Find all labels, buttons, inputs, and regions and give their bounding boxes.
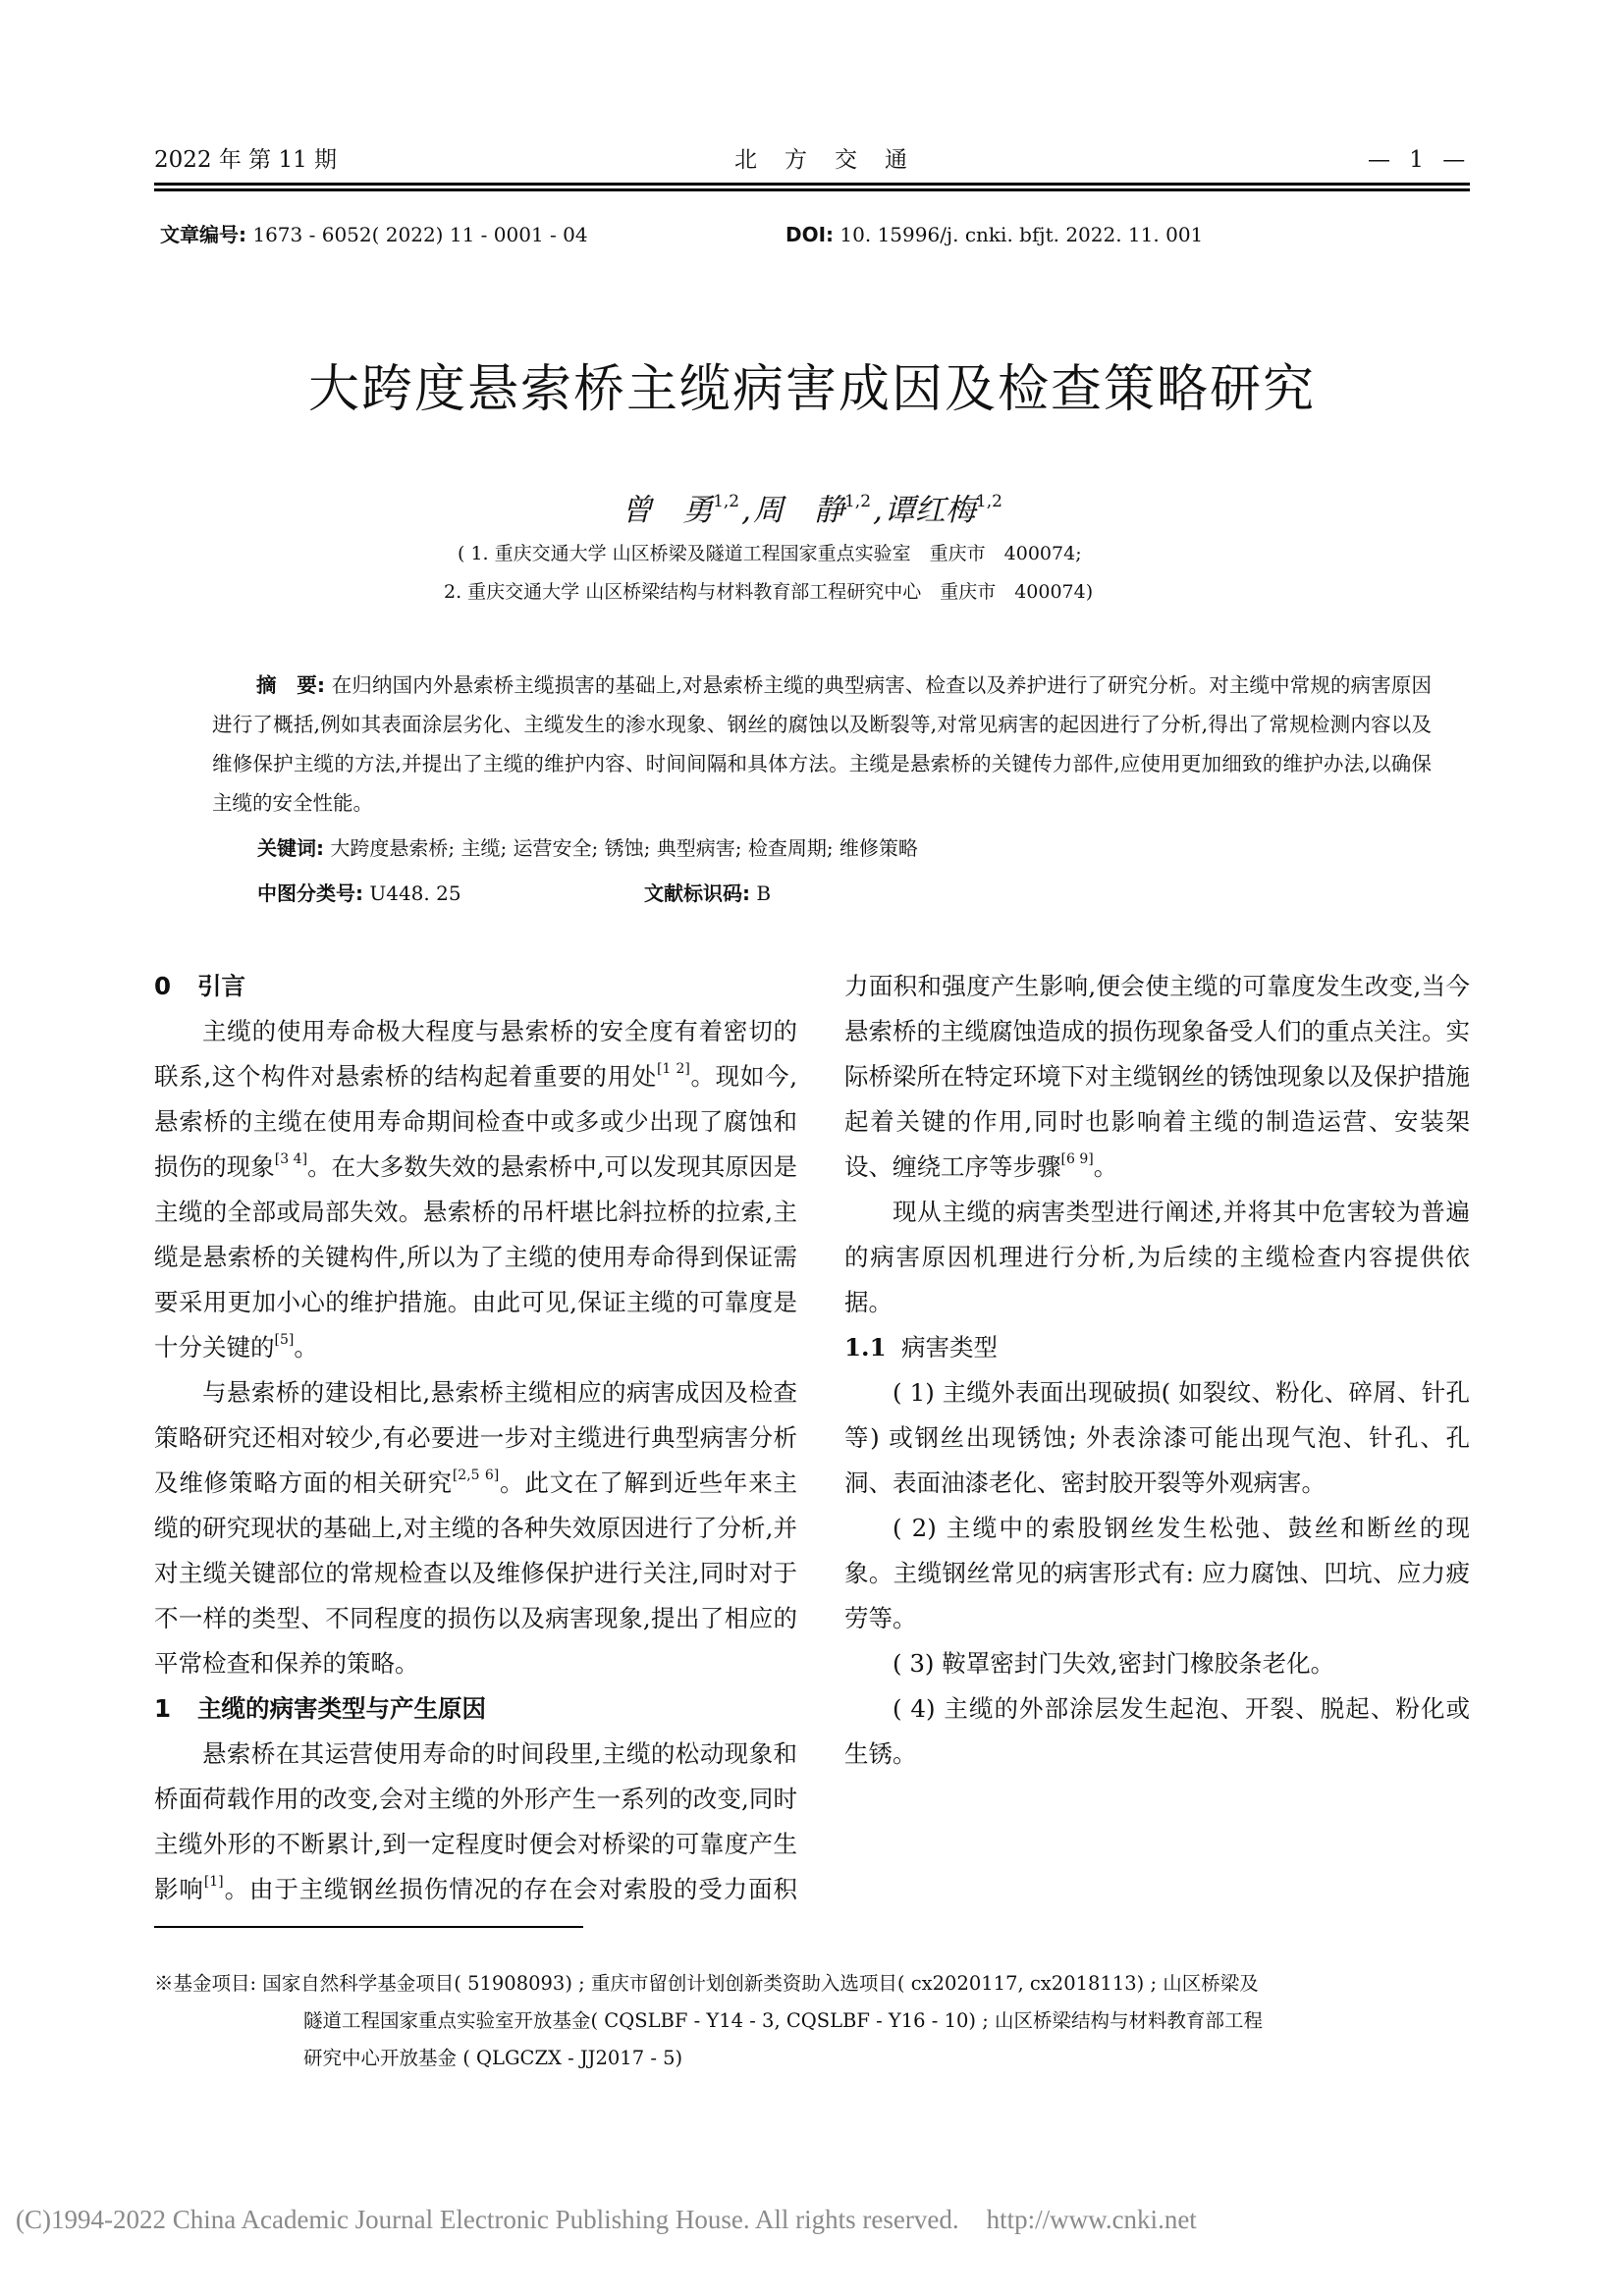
citation: [1 2] xyxy=(657,1061,690,1077)
paragraph-text: 。此文在了解到近些年来主缆的研究现状的基础上,对主缆的各种失效原因进行了分析,并… xyxy=(154,1468,797,1678)
header-rule-bottom xyxy=(154,188,1470,191)
keywords: 关键词: 大跨度悬索桥; 主缆; 运营安全; 锈蚀; 典型病害; 检查周期; 维… xyxy=(257,835,918,861)
author-name: 周 静 xyxy=(753,493,844,528)
funding-footnote: ※基金项目: 国家自然科学基金项目( 51908093) ; 重庆市留创计划创新… xyxy=(154,1965,1480,2077)
doi: DOI: 10. 15996/j. cnki. bfjt. 2022. 11. … xyxy=(785,222,1203,247)
list-item: ( 3) 鞍罩密封门失效,密封门橡胶条老化。 xyxy=(844,1641,1470,1686)
article-number-value: 1673 - 6052( 2022) 11 - 0001 - 04 xyxy=(246,223,588,246)
citation: [1] xyxy=(204,1874,224,1890)
paragraph-text: 。由于主缆钢丝损伤情况的存在会对索股的受力面积和强度产生影响,便会使主缆的可靠度… xyxy=(154,1875,797,1906)
paragraph: 现从主缆的病害类型进行阐述,并将其中危害较为普遍的病害原因机理进行分析,为后续的… xyxy=(844,1190,1470,1325)
paragraph-text: 。 xyxy=(294,1333,318,1362)
citation: [5] xyxy=(275,1332,295,1348)
document-code: 文献标识码: B xyxy=(644,881,771,906)
copyright-notice: (C)1994-2022 China Academic Journal Elec… xyxy=(16,2203,1197,2236)
keywords-label: 关键词: xyxy=(257,836,324,860)
cnki-link[interactable]: http://www.cnki.net xyxy=(987,2205,1197,2234)
running-header-journal: 北方交通 xyxy=(734,145,935,175)
citation: [6 9] xyxy=(1061,1151,1094,1167)
author-separator: , xyxy=(873,493,883,528)
abstract-label: 摘 要: xyxy=(256,673,325,697)
footnote-rule xyxy=(154,1926,583,1928)
section-number: 0 xyxy=(154,964,197,1009)
citation: [2,5 6] xyxy=(453,1468,499,1483)
paragraph: 主缆的使用寿命极大程度与悬索桥的安全度有着密切的联系,这个构件对悬索桥的结构起着… xyxy=(154,1009,797,1370)
running-header-page-number: — 1 — xyxy=(1368,145,1471,175)
list-item: ( 1) 主缆外表面出现破损( 如裂纹、粉化、碎屑、针孔等) 或钢丝出现锈蚀; … xyxy=(844,1370,1470,1506)
footnote-line-3: 研究中心开放基金 ( QLGCZX - JJ2017 - 5) xyxy=(154,2040,1480,2077)
document-code-label: 文献标识码: xyxy=(644,881,750,905)
paragraph: 悬索桥在其运营使用寿命的时间段里,主缆的松动现象和桥面荷载作用的改变,会对主缆的… xyxy=(154,1732,797,1906)
paragraph-text: 。在大多数失效的悬索桥中,可以发现其原因是主缆的全部或局部失效。悬索桥的吊杆堪比… xyxy=(154,1152,797,1362)
author-affiliation-mark: 1,2 xyxy=(976,492,1002,511)
subsection-title: 病害类型 xyxy=(901,1333,998,1362)
section-title: 主缆的病害类型与产生原因 xyxy=(197,1694,486,1723)
footnote-label: ※基金项目: xyxy=(154,1965,256,2002)
body-column-left: 0引言 主缆的使用寿命极大程度与悬索桥的安全度有着密切的联系,这个构件对悬索桥的… xyxy=(154,964,797,1906)
subsection-number: 1.1 xyxy=(844,1325,901,1370)
affiliation-1: ( 1. 重庆交通大学 山区桥梁及隧道工程国家重点实验室 重庆市 400074; xyxy=(458,541,1082,566)
footnote-text: 国家自然科学基金项目( 51908093) ; 重庆市留创计划创新类资助入选项目… xyxy=(256,1972,1259,1995)
affiliation-2: 2. 重庆交通大学 山区桥梁结构与材料教育部工程研究中心 重庆市 400074) xyxy=(444,579,1093,605)
footnote-line-1: ※基金项目: 国家自然科学基金项目( 51908093) ; 重庆市留创计划创新… xyxy=(154,1965,1480,2002)
article-number: 文章编号: 1673 - 6052( 2022) 11 - 0001 - 04 xyxy=(160,222,588,247)
clc-label: 中图分类号: xyxy=(257,881,363,905)
abstract-text: 在归纳国内外悬索桥主缆损害的基础上,对悬索桥主缆的典型病害、检查以及养护进行了研… xyxy=(212,673,1432,815)
author-name: 谭红梅 xyxy=(885,493,976,528)
citation: [3 4] xyxy=(275,1151,307,1167)
footnote-line-2: 隧道工程国家重点实验室开放基金( CQSLBF - Y14 - 3, CQSLB… xyxy=(154,2002,1480,2040)
subsection-heading-1-1: 1.1病害类型 xyxy=(844,1325,1470,1370)
doi-label: DOI: xyxy=(785,223,834,246)
abstract: 摘 要: 在归纳国内外悬索桥主缆损害的基础上,对悬索桥主缆的典型病害、检查以及养… xyxy=(212,666,1432,823)
paragraph: 悬索桥在其运营使用寿命的时间段里,主缆的松动现象和桥面荷载作用的改变,会对主缆的… xyxy=(844,964,1470,1190)
paragraph-text: 。由于主缆钢丝损伤情况的存在会对索股的受力面积和强度产生影响,便会使主缆的可靠度… xyxy=(844,964,1470,1181)
header-rule-top xyxy=(154,183,1470,186)
section-number: 1 xyxy=(154,1686,197,1732)
paragraph-text: 。 xyxy=(1094,1152,1118,1181)
section-title: 引言 xyxy=(197,972,245,1000)
author-name: 曾 勇 xyxy=(622,493,713,528)
doi-value: 10. 15996/j. cnki. bfjt. 2022. 11. 001 xyxy=(834,223,1203,246)
paper-title: 大跨度悬索桥主缆病害成因及检查策略研究 xyxy=(0,355,1624,424)
author-separator: , xyxy=(741,493,751,528)
list-item: ( 2) 主缆中的索股钢丝发生松弛、鼓丝和断丝的现象。主缆钢丝常见的病害形式有:… xyxy=(844,1506,1470,1641)
list-item: ( 4) 主缆的外部涂层发生起泡、开裂、脱起、粉化或生锈。 xyxy=(844,1686,1470,1777)
copyright-text: (C)1994-2022 China Academic Journal Elec… xyxy=(16,2205,959,2234)
clc-value: U448. 25 xyxy=(363,881,461,905)
classification: 中图分类号: U448. 25 文献标识码: B xyxy=(257,881,461,906)
author-affiliation-mark: 1,2 xyxy=(844,492,871,511)
paragraph: 与悬索桥的建设相比,悬索桥主缆相应的病害成因及检查策略研究还相对较少,有必要进一… xyxy=(154,1370,797,1686)
column-continuation: 0引言 主缆的使用寿命极大程度与悬索桥的安全度有着密切的联系,这个构件对悬索桥的… xyxy=(844,964,1470,1777)
author-affiliation-mark: 1,2 xyxy=(713,492,739,511)
section-heading-0: 0引言 xyxy=(154,964,797,1009)
article-number-label: 文章编号: xyxy=(160,223,246,246)
document-code-value: B xyxy=(750,881,771,905)
section-heading-1: 1主缆的病害类型与产生原因 xyxy=(154,1686,797,1732)
running-header-issue: 2022 年 第 11 期 xyxy=(154,145,337,175)
keywords-text: 大跨度悬索桥; 主缆; 运营安全; 锈蚀; 典型病害; 检查周期; 维修策略 xyxy=(324,836,918,860)
body-column-right: 0引言 主缆的使用寿命极大程度与悬索桥的安全度有着密切的联系,这个构件对悬索桥的… xyxy=(844,964,1470,1867)
author-list: 曾 勇1,2,周 静1,2,谭红梅1,2 xyxy=(0,491,1624,530)
